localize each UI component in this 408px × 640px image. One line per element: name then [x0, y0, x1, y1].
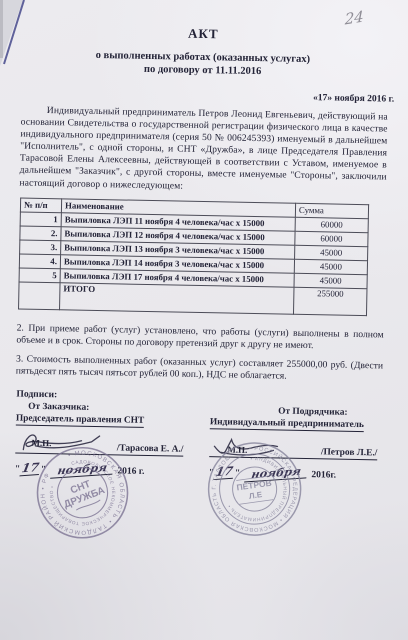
contractor-role: Индивидуальный предприниматель [210, 417, 364, 432]
intro-paragraph: Индивидуальный предприниматель Петров Ле… [19, 105, 388, 197]
row-sum: 60000 [295, 217, 368, 232]
document-date: «17» ноября 2016 г. [0, 87, 394, 105]
row-sum: 45000 [294, 259, 367, 274]
customer-name: /Тарасова Е. А./ [117, 443, 184, 454]
col-header-number: № п/п [20, 198, 61, 213]
clause-2: 2. При приеме работ (услуг) установлено,… [16, 322, 383, 353]
row-number [19, 282, 61, 310]
contractor-date-year: 2016г. [311, 470, 336, 480]
total-sum: 255000 [293, 287, 367, 315]
customer-seal-label: М.П. [31, 438, 51, 448]
row-number: 2. [20, 226, 61, 241]
contractor-party-label: От Подрядчика: [278, 407, 390, 419]
contractor-name: /Петров Л.Е./ [321, 447, 378, 458]
works-table: № п/п Наименование Сумма 1 Выпиловка ЛЭП… [18, 197, 369, 316]
stamp-center-line2: Л.Е [248, 490, 263, 501]
row-number: 3. [20, 240, 61, 255]
total-label: ИТОГО [60, 282, 294, 313]
scanned-act-document: 24 АКТ о выполненных работах (оказанных … [0, 0, 408, 640]
stamp-center-divider-bottom [240, 500, 274, 505]
clause-3: 3. Стоимость выполненных работ (оказанны… [16, 353, 383, 384]
row-number: 5 [19, 268, 60, 283]
row-sum: 45000 [294, 273, 367, 288]
customer-role: Председатель правления СНТ [16, 413, 145, 427]
document-page: 24 АКТ о выполненных работах (оказанных … [0, 0, 408, 640]
customer-party-label: От Заказчика: [28, 402, 206, 415]
row-number: 1 [20, 212, 61, 227]
row-sum: 60000 [295, 231, 368, 246]
table-total-row: ИТОГО 255000 [19, 282, 367, 316]
handwritten-page-number: 24 [345, 7, 364, 28]
col-header-sum: Сумма [295, 203, 368, 218]
row-number: 4. [19, 254, 60, 269]
petrov-ip-stamp: • РОССИЙСКАЯ ФЕДЕРАЦИЯ • МОСКОВСКАЯ ОБЛА… [198, 433, 311, 546]
row-sum: 45000 [295, 245, 368, 260]
